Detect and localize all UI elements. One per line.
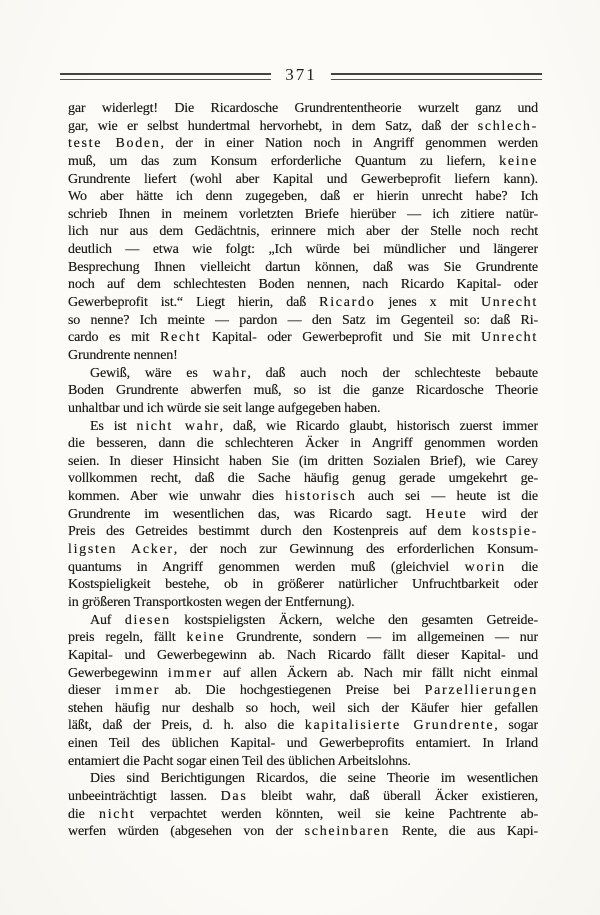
text-line: kommen. Aber wie unwahr dies historisch … [68,488,538,506]
text-line: lich nur aus dem Gedächtnis, erinnere mi… [68,223,538,241]
text-segment: stehen häufig nur deshalb so hoch, weil … [68,701,538,716]
header-rule-left [60,73,271,80]
text-segment: unbeeinträchtigt lassen. [68,789,221,804]
text-segment: auch sei — heute ist die [357,489,538,504]
text-line: muß, um das zum Konsum erforderliche Qua… [68,153,538,171]
emphasized-text: teste Boden [68,136,161,151]
text-segment: preis regeln, fällt [68,630,187,645]
text-segment: Auf [90,613,125,628]
text-segment: deutlich — etwa wie folgt: „Ich würde be… [68,242,538,257]
text-line: so nenne? Ich meinte — pardon — den Satz… [68,312,538,330]
text-segment: gar, wie er selbst hundertmal hervorhebt… [68,119,478,134]
text-line: Kostspieligkeit bestehe, ob in größerer … [68,576,538,594]
text-segment: schrieb Ihnen in meinem vorletzten Brief… [68,207,538,222]
emphasized-text: Recht [160,330,201,345]
text-segment: Gewiß, wäre es [90,366,213,381]
header-rule-right [331,73,542,80]
text-segment: Kapital- und Gewerbegewinn ab. Nach Rica… [68,648,538,663]
emphasized-text: scheinbaren [305,824,391,839]
emphasized-text: Unrecht [481,330,538,345]
text-segment: so nenne? Ich meinte — pardon — den Satz… [68,313,538,328]
paragraph: gar widerlegt! Die Ricardosche Grundrent… [68,100,538,365]
text-segment: werfen würden (abgesehen von der [68,824,305,839]
text-line: entamiert die Pacht sogar einen Teil des… [68,753,538,771]
text-line: Preis des Getreides bestimmt durch den K… [68,523,538,541]
text-line: Grundrente liefert (wohl aber Kapital un… [68,171,538,189]
text-segment: dieser [68,683,115,698]
text-line: ligsten Acker, der noch zur Gewinnung de… [68,541,538,559]
text-line: Grundrente nennen! [68,347,538,365]
text-line: Besprechung Ihnen vielleicht dartun könn… [68,259,538,277]
paragraph: Es ist nicht wahr, daß, wie Ricardo glau… [68,418,538,612]
text-segment: Besprechung Ihnen vielleicht dartun könn… [68,260,538,275]
text-segment: verpachtet werden könnten, weil sie kein… [136,807,538,822]
text-segment: Rente, die aus Kapi- [390,824,538,839]
text-line: Boden Grundrente abwerfen muß, so ist di… [68,382,538,400]
text-segment: Es ist [90,419,137,434]
text-segment: wird der [467,507,538,522]
text-segment: entamiert die Pacht sogar einen Teil des… [68,754,411,769]
text-segment: kostspieligsten Äckern, welche den gesam… [171,613,538,628]
text-line: Auf diesen kostspieligsten Äckern, welch… [68,612,538,630]
text-line: stehen häufig nur deshalb so hoch, weil … [68,700,538,718]
text-segment: läßt, daß der Preis, d. h. also die [68,718,305,733]
text-line: gar, wie er selbst hundertmal hervorhebt… [68,118,538,136]
text-line: Gewiß, wäre es wahr, daß auch noch der s… [68,365,538,383]
text-line: Wo aber hätte ich denn zugegeben, daß er… [68,188,538,206]
text-segment: Gewerbegewinn [68,666,168,681]
text-segment: quantums in Angriff genommen werden muß … [68,560,465,575]
text-segment: bleibt wahr, daß überall Äcker existiere… [247,789,538,804]
text-line: werfen würden (abgesehen von der scheinb… [68,823,538,841]
emphasized-text: Das [221,789,248,804]
text-segment: seien. In dieser Hinsicht haben Sie (im … [68,454,538,469]
text-segment: einen Teil des üblichen Kapital- und Gew… [68,736,538,751]
paragraph: Dies sind Berichtigungen Ricardos, die s… [68,770,538,841]
emphasized-text: immer [115,683,160,698]
text-line: die besseren, dann die schlechteren Äcke… [68,435,538,453]
text-segment: Grundrente im wesentlichen das, was Rica… [68,507,426,522]
text-segment: Grundrente, sondern — im allgemeinen — n… [225,630,538,645]
emphasized-text: ligsten Acker [68,542,174,557]
text-segment: unhaltbar und ich würde sie seit lange a… [68,401,380,416]
emphasized-text: kapitalisierte Grundrente [305,718,495,733]
text-line: preis regeln, fällt keine Grundrente, so… [68,629,538,647]
text-segment: vollkommen recht, daß die Sache häufig g… [68,471,538,486]
paragraph: Auf diesen kostspieligsten Äckern, welch… [68,612,538,771]
text-segment: Grundrente nennen! [68,348,178,363]
emphasized-text: nicht wahr [137,419,220,434]
emphasized-text: keine [187,630,226,645]
text-segment: in größeren Transportkosten wegen der En… [68,595,354,610]
text-segment: gar widerlegt! Die Ricardosche Grundrent… [68,101,538,116]
text-line: einen Teil des üblichen Kapital- und Gew… [68,735,538,753]
text-line: Kapital- und Gewerbegewinn ab. Nach Rica… [68,647,538,665]
page-header: 371 [60,66,542,86]
text-segment: , der in einer Nation noch in Angriff ge… [161,136,538,151]
book-page: 371 gar widerlegt! Die Ricardosche Grund… [0,0,600,915]
text-segment: Grundrente liefert (wohl aber Kapital un… [68,172,538,187]
emphasized-text: Ricardo [319,295,375,310]
emphasized-text: wahr [213,366,248,381]
text-line: quantums in Angriff genommen werden muß … [68,559,538,577]
text-line: Dies sind Berichtigungen Ricardos, die s… [68,770,538,788]
paragraph: Gewiß, wäre es wahr, daß auch noch der s… [68,365,538,418]
text-line: seien. In dieser Hinsicht haben Sie (im … [68,453,538,471]
text-line: vollkommen recht, daß die Sache häufig g… [68,470,538,488]
text-segment: Preis des Getreides bestimmt durch den K… [68,524,472,539]
text-segment: Boden Grundrente abwerfen muß, so ist di… [68,383,538,398]
text-line: Es ist nicht wahr, daß, wie Ricardo glau… [68,418,538,436]
text-line: cardo es mit Recht Kapital- oder Gewerbe… [68,329,538,347]
text-segment: cardo es mit [68,330,160,345]
page-number: 371 [271,65,331,85]
text-line: Gewerbegewinn immer auf allen Äckern ab.… [68,665,538,683]
text-line: deutlich — etwa wie folgt: „Ich würde be… [68,241,538,259]
text-segment: , der noch zur Gewinnung des erforderlic… [174,542,538,557]
text-segment: , daß auch noch der schlechteste bebaute [247,366,538,381]
text-line: unhaltbar und ich würde sie seit lange a… [68,400,538,418]
text-segment: Wo aber hätte ich denn zugegeben, daß er… [68,189,538,204]
emphasized-text: Parzellierungen [425,683,538,698]
text-line: Grundrente im wesentlichen das, was Rica… [68,506,538,524]
text-segment: Kapital- oder Gewerbeprofit und Sie mit [201,330,481,345]
text-segment: jenes x mit [375,295,481,310]
text-line: dieser immer ab. Die hochgestiegenen Pre… [68,682,538,700]
text-segment: noch auf dem schlechtesten Boden nennen,… [68,277,538,292]
page-text-block: gar widerlegt! Die Ricardosche Grundrent… [68,100,538,841]
text-line: in größeren Transportkosten wegen der En… [68,594,538,612]
text-segment: ab. Die hochgestiegenen Preise bei [160,683,424,698]
emphasized-text: immer [168,666,213,681]
text-line: läßt, daß der Preis, d. h. also die kapi… [68,717,538,735]
emphasized-text: schlech- [478,119,538,134]
text-segment: kommen. Aber wie unwahr dies [68,489,285,504]
text-segment: muß, um das zum Konsum erforderliche Qua… [68,154,499,169]
text-segment: Kostspieligkeit bestehe, ob in größerer … [68,577,538,592]
text-line: die nicht verpachtet werden könnten, wei… [68,806,538,824]
text-line: gar widerlegt! Die Ricardosche Grundrent… [68,100,538,118]
emphasized-text: worin [465,560,506,575]
text-line: noch auf dem schlechtesten Boden nennen,… [68,276,538,294]
emphasized-text: kostspie- [472,524,538,539]
text-segment: lich nur aus dem Gedächtnis, erinnere mi… [68,224,538,239]
text-segment: die [506,560,538,575]
text-line: Gewerbeprofit ist.“ Liegt hierin, daß Ri… [68,294,538,312]
emphasized-text: keine [499,154,538,169]
emphasized-text: Unrecht [481,295,538,310]
emphasized-text: historisch [285,489,356,504]
text-segment: , daß, wie Ricardo glaubt, historisch zu… [220,419,538,434]
emphasized-text: diesen [125,613,171,628]
emphasized-text: nicht [99,807,136,822]
text-line: schrieb Ihnen in meinem vorletzten Brief… [68,206,538,224]
text-segment: , sogar [494,718,538,733]
emphasized-text: Heute [426,507,468,522]
text-line: unbeeinträchtigt lassen. Das bleibt wahr… [68,788,538,806]
text-segment: die besseren, dann die schlechteren Äcke… [68,436,538,451]
text-segment: Gewerbeprofit ist.“ Liegt hierin, daß [68,295,319,310]
text-segment: die [68,807,99,822]
text-segment: auf allen Äckern ab. Nach mir fällt nich… [213,666,538,681]
text-line: teste Boden, der in einer Nation noch in… [68,135,538,153]
text-segment: Dies sind Berichtigungen Ricardos, die s… [90,771,538,786]
